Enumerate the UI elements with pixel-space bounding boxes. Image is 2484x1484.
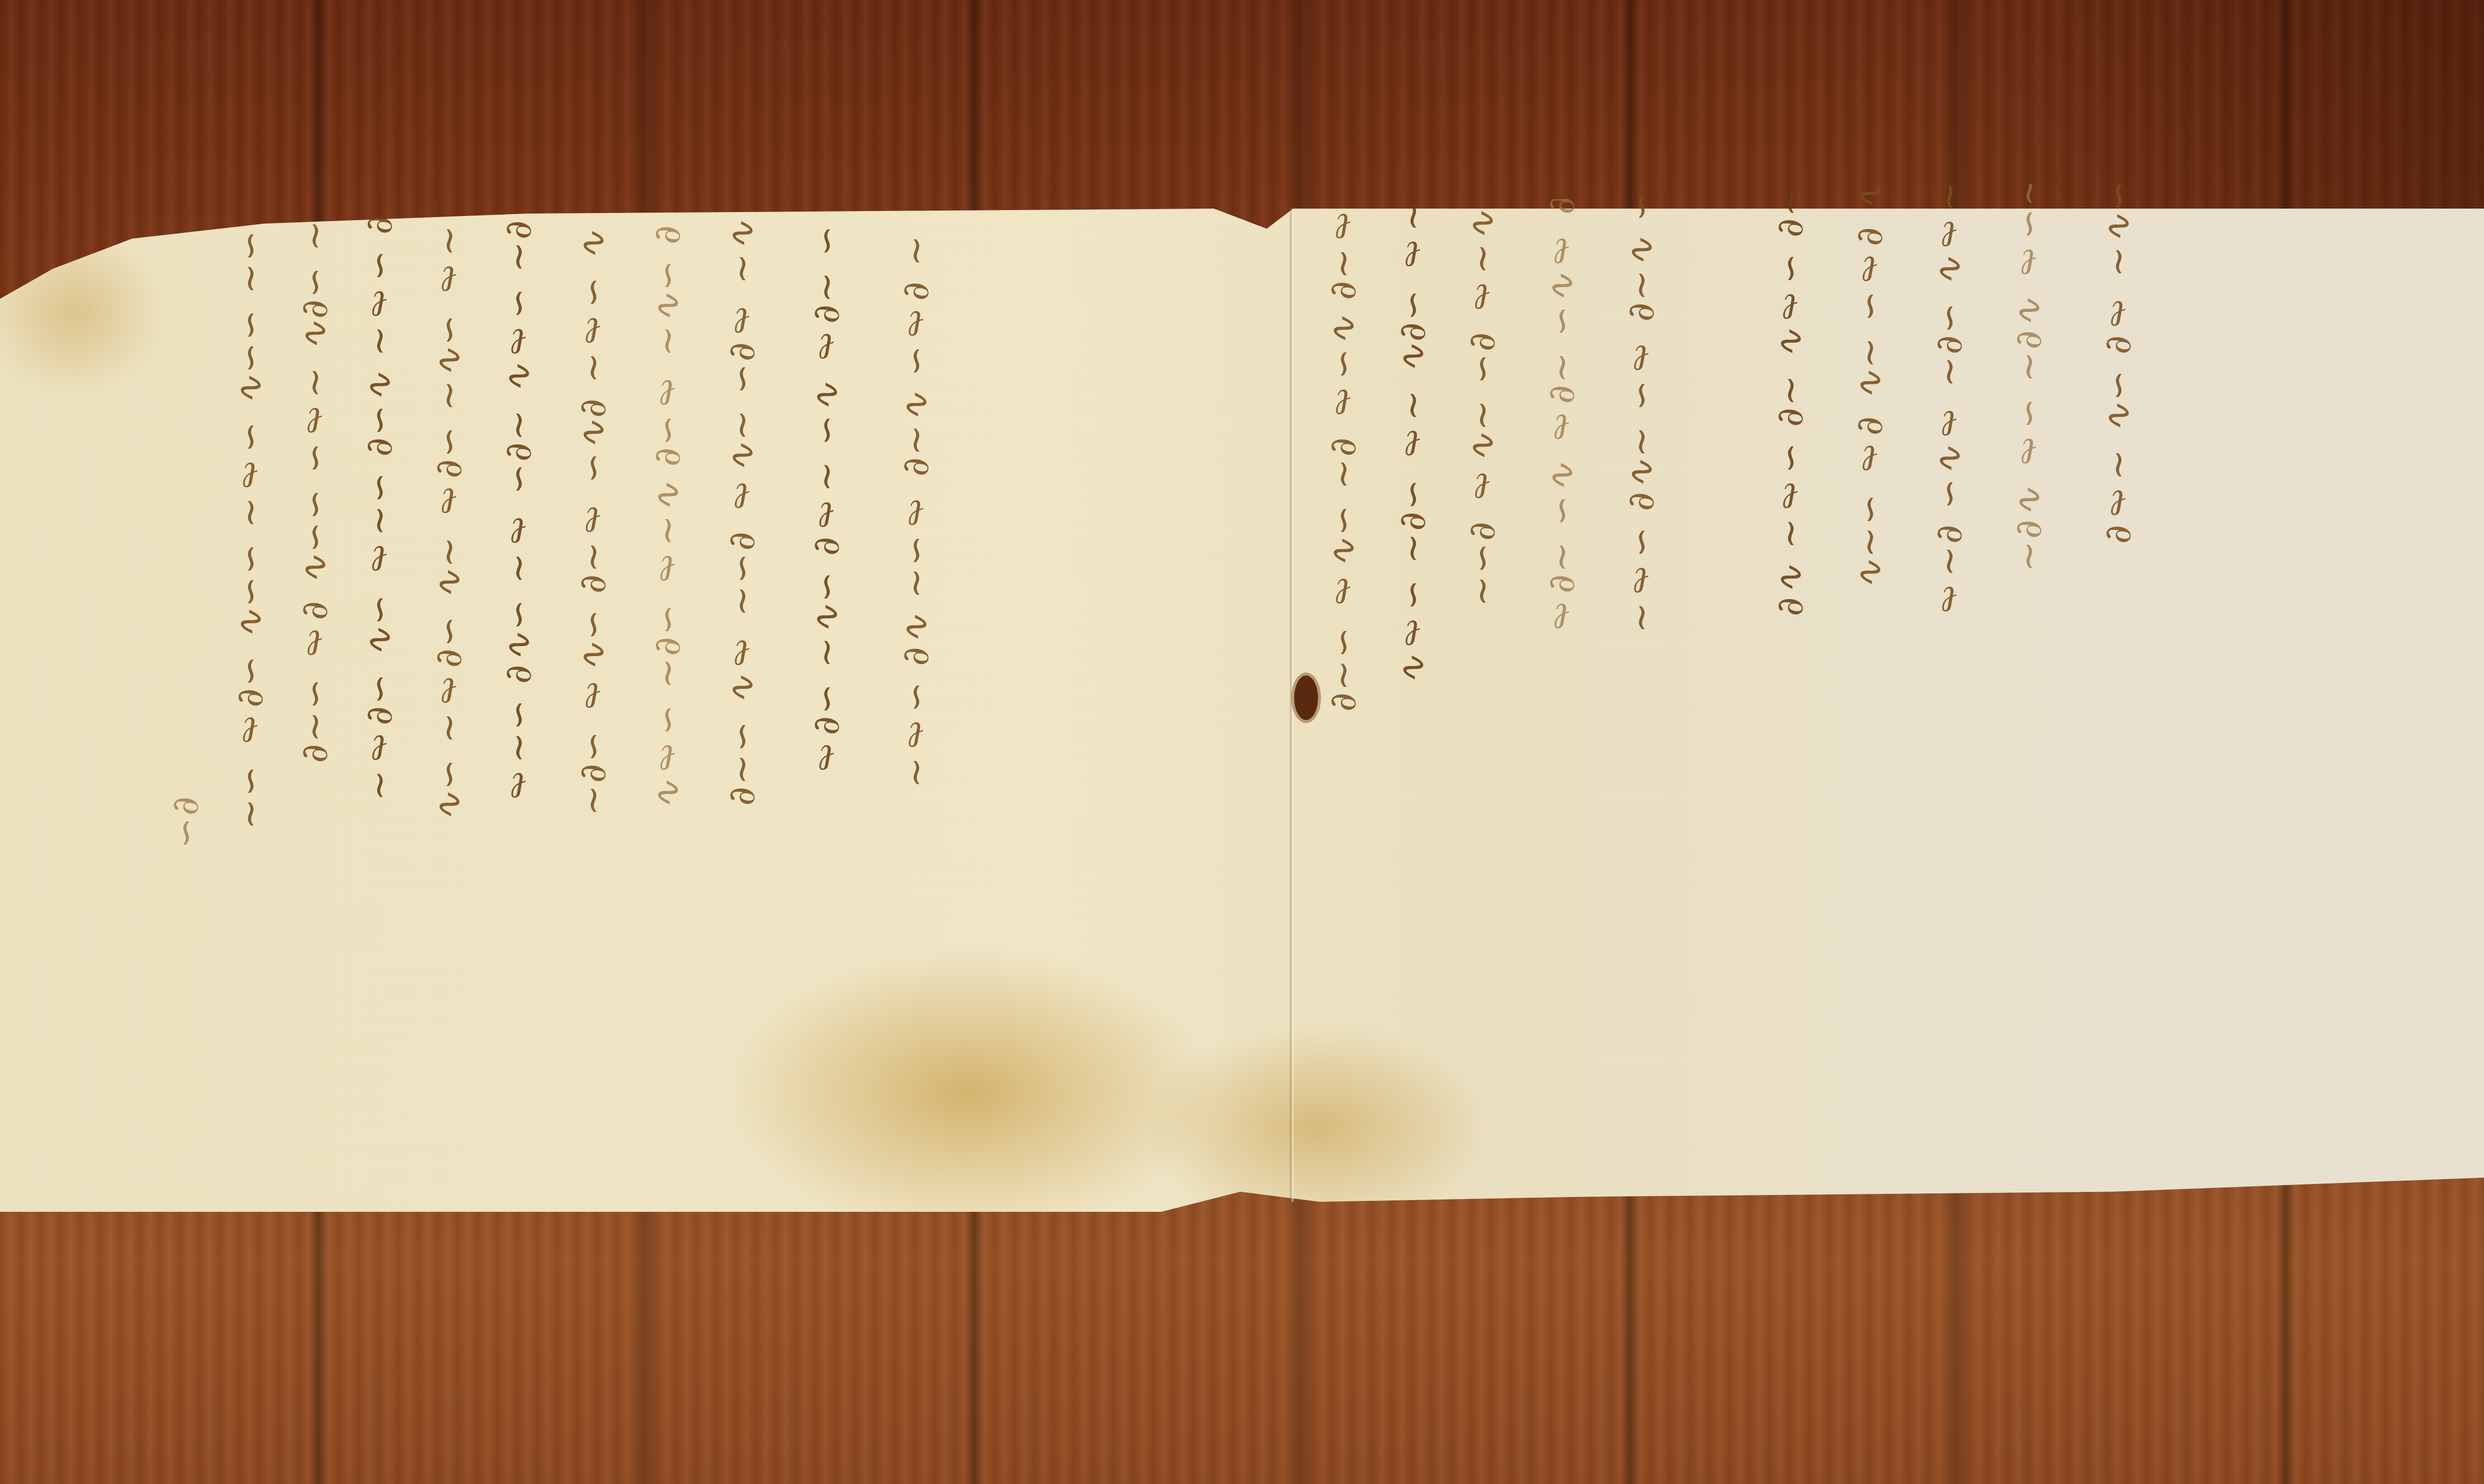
handwritten-line: ∂∼∽ ℓ∿∽ ∼∂ ℓ∽∿ ∂∼ℓ xyxy=(1321,204,1364,712)
handwritten-line: ∼ℓ∽ ∂∿∼ ∽ℓ ∂∼∿ ∽ xyxy=(1620,189,1662,633)
handwritten-line: ∿ℓ∽ ∼∂∽ ℓ∼ ∿∂∽ ℓ∼ xyxy=(1391,199,1434,686)
handwritten-line: ∼∂∿ ℓ∽ ∼∂∿ ℓ∽∼ xyxy=(2007,174,2050,572)
center-fold-crease xyxy=(1289,209,1294,1202)
handwritten-line: ℓ∼∂ ∽∿ℓ ∼∂∽ ∿ℓ∼ xyxy=(1928,179,1970,619)
wood-shadow xyxy=(1943,0,2484,209)
handwritten-line: ∂∿ ∼ℓ∽ ∂∼ ∿ℓ∽ ∂∼ xyxy=(1769,184,1811,616)
handwritten-line: ∿∼∽ ℓ∂ ∿∼ ∽ℓ∂ ∿ xyxy=(1848,179,1891,591)
handwritten-line: ∂ℓ∼ ∿∽ ∂ℓ ∼∿∽ xyxy=(2096,179,2139,544)
manuscript-sheet: ∽∂ ∼∽ ℓ∂∽ ∿∽∽ ∼ℓ∽ ∿∽∽ ∼∽ ∂∼∽ ℓ∂ ∿∽∽ ∽ℓ∼ … xyxy=(0,209,2484,1212)
handwritten-line: ℓ∂∼ ∽∿ ℓ∂∼ ∽∿ℓ ∂ xyxy=(1540,194,1583,636)
worm-hole xyxy=(1294,675,1318,720)
handwritten-line: ∼∽∂ ℓ∿∼ ∽∂ ℓ∼∿ xyxy=(1461,209,1503,606)
right-page-text: ∂∼∽ ℓ∿∽ ∼∂ ℓ∽∿ ∂∼ℓ ∿ℓ∽ ∼∂∽ ℓ∼ ∿∂∽ ℓ∼ ∼∽∂… xyxy=(0,209,2484,1212)
